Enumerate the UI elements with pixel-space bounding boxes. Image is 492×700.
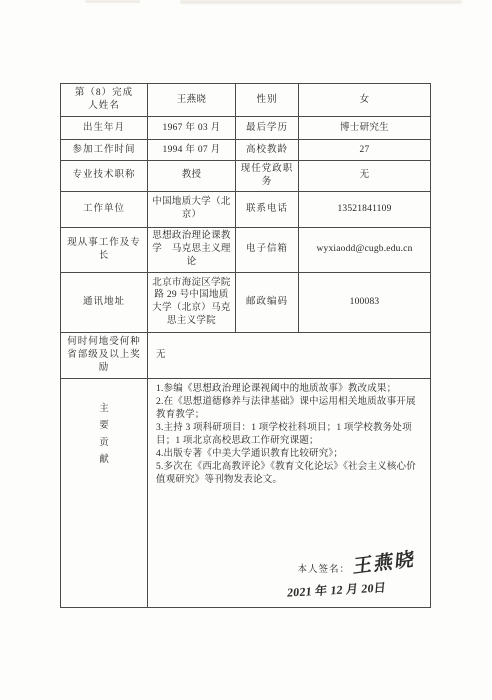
row-workfield-email: 现从事工作及专长 思想政治理论课教学 马克思主义理论 电子信箱 wyxiaodd…	[61, 227, 431, 272]
row-title-partypost: 专业技术职称 教授 现任党政职务 无	[61, 161, 431, 192]
field-value-awards: 无	[148, 332, 431, 378]
field-value-education: 博士研究生	[299, 117, 431, 140]
field-label-gender: 性别	[236, 84, 299, 117]
field-label-prof-title: 专业技术职称	[61, 161, 148, 192]
signature-block: 本人签名： 王燕晓 2021 年 12 月 20日	[287, 554, 416, 598]
field-value-email: wyxiaodd@cugb.edu.cn	[299, 227, 431, 272]
row-name-gender: 第（8）完成人姓名 王燕晓 性别 女	[61, 84, 431, 117]
signature-line: 本人签名： 王燕晓	[287, 554, 416, 580]
field-value-completer-name: 王燕晓	[148, 84, 236, 117]
contribution-item-5: 5.多次在《西北高教评论》《教育文化论坛》《社会主义核心价值观研究》等刊物发表论…	[156, 461, 422, 487]
row-awards: 何时何地受何种省部级及以上奖励 无	[61, 332, 431, 378]
field-value-gender: 女	[299, 84, 431, 117]
field-value-work-field: 思想政治理论课教学 马克思主义理论	[148, 227, 236, 272]
field-label-postcode: 邮政编码	[236, 272, 299, 332]
field-label-email: 电子信箱	[236, 227, 299, 272]
contribution-item-1: 1.参编《思想政治理论课视阈中的地质故事》教改成果；	[156, 383, 422, 396]
field-label-phone: 联系电话	[236, 191, 299, 227]
field-label-contributions: 主要贡献	[61, 378, 148, 607]
field-value-birth: 1967 年 03 月	[148, 117, 236, 140]
field-label-birth: 出生年月	[61, 117, 148, 140]
completer-info-table: 第（8）完成人姓名 王燕晓 性别 女 出生年月 1967 年 03 月 最后学历…	[60, 83, 431, 608]
field-label-work-start: 参加工作时间	[61, 140, 148, 161]
field-value-phone: 13521841109	[299, 191, 431, 227]
handwritten-date: 2021 年 12 月 20日	[286, 579, 386, 600]
field-label-employer: 工作单位	[61, 191, 148, 227]
field-label-awards: 何时何地受何种省部级及以上奖励	[61, 332, 148, 378]
scan-artifact	[85, 0, 140, 3]
contributions-cell: 1.参编《思想政治理论课视阈中的地质故事》教改成果； 2.在《思想道德修养与法律…	[148, 378, 431, 607]
field-label-teaching-age: 高校教龄	[236, 140, 299, 161]
field-label-education: 最后学历	[236, 117, 299, 140]
contribution-item-4: 4.出版专著《中美大学通识教育比较研究》；	[156, 448, 422, 461]
field-value-teaching-age: 27	[299, 140, 431, 161]
scanned-form-page: 第（8）完成人姓名 王燕晓 性别 女 出生年月 1967 年 03 月 最后学历…	[0, 0, 492, 700]
field-label-contributions-text: 主要贡献	[99, 401, 110, 469]
field-value-party-post: 无	[299, 161, 431, 192]
contribution-item-2: 2.在《思想道德修养与法律基础》课中运用相关地质故事开展教育教学；	[156, 396, 422, 422]
handwritten-signature: 王燕晓	[352, 547, 417, 581]
row-address-postcode: 通讯地址 北京市海淀区学院路 29 号中国地质大学（北京）马克思主义学院 邮政编…	[61, 272, 431, 332]
field-label-address: 通讯地址	[61, 272, 148, 332]
signature-label: 本人签名：	[297, 564, 350, 577]
field-value-postcode: 100083	[299, 272, 431, 332]
row-workstart-teachingage: 参加工作时间 1994 年 07 月 高校教龄 27	[61, 140, 431, 161]
row-employer-phone: 工作单位 中国地质大学（北京） 联系电话 13521841109	[61, 191, 431, 227]
field-label-completer-name: 第（8）完成人姓名	[61, 84, 148, 117]
field-value-address: 北京市海淀区学院路 29 号中国地质大学（北京）马克思主义学院	[148, 272, 236, 332]
field-label-party-post: 现任党政职务	[236, 161, 299, 192]
field-value-work-start: 1994 年 07 月	[148, 140, 236, 161]
contribution-item-3: 3.主持 3 项科研项目：1 项学校社科项目；1 项学校教务处项目；1 项北京高…	[156, 422, 422, 448]
field-value-employer: 中国地质大学（北京）	[148, 191, 236, 227]
field-value-prof-title: 教授	[148, 161, 236, 192]
field-label-work-field: 现从事工作及专长	[61, 227, 148, 272]
row-contributions: 主要贡献 1.参编《思想政治理论课视阈中的地质故事》教改成果； 2.在《思想道德…	[61, 378, 431, 607]
row-birth-education: 出生年月 1967 年 03 月 最后学历 博士研究生	[61, 117, 431, 140]
scan-artifact	[180, 0, 462, 4]
field-label-completer-name-text: 第（8）完成人姓名	[71, 87, 137, 113]
